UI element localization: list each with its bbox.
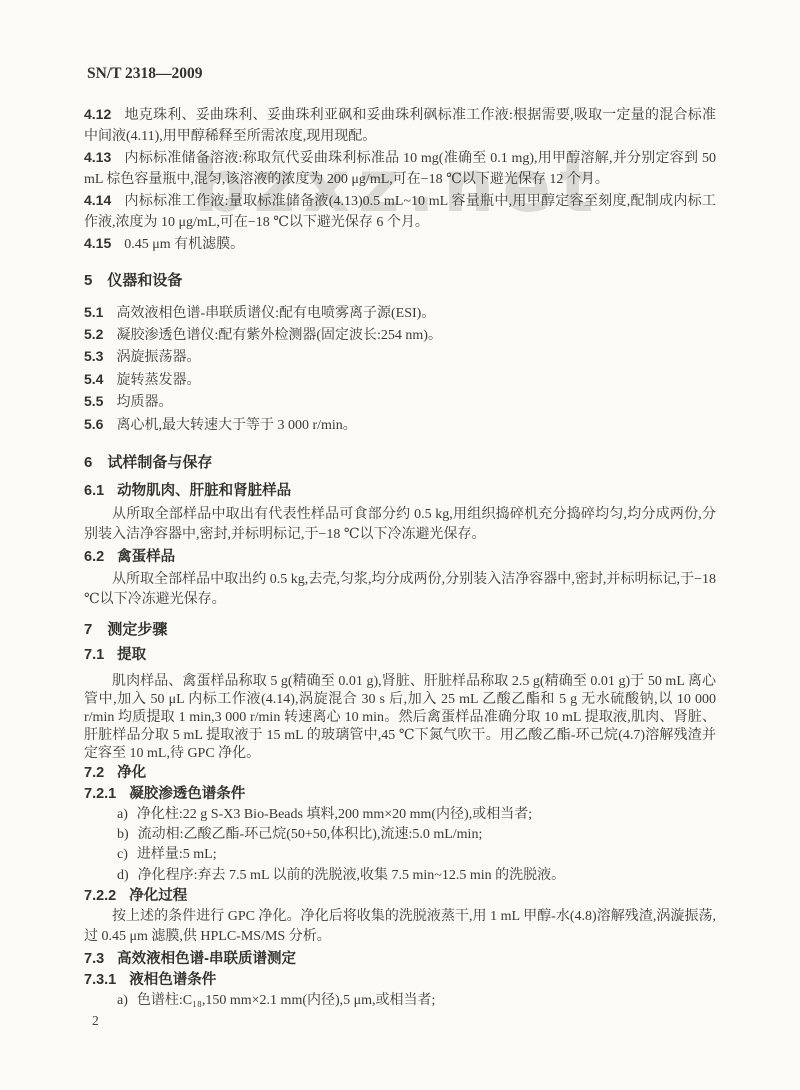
subsection-number: 6.1 xyxy=(84,483,104,499)
clause-text: 0.45 μm 有机滤膜。 xyxy=(124,237,244,252)
list-item-c: c)进样量:5 mL; xyxy=(117,845,716,865)
subsection-title: 净化 xyxy=(117,765,146,781)
page-content: SN/T 2318—2009 4.12地克珠利、妥曲珠利、妥曲珠利亚砜和妥曲珠利… xyxy=(84,0,716,1029)
section-number: 5 xyxy=(84,272,92,289)
scanned-document-page: bzxz.net SN/T 2318—2009 4.12地克珠利、妥曲珠利、妥曲… xyxy=(0,0,800,1090)
paragraph-6-2: 从所取全部样品中取出约 0.5 kg,去壳,匀浆,均分成两份,分别装入洁净容器中… xyxy=(84,570,716,611)
clause-5-5: 5.5均质器。 xyxy=(84,391,716,413)
clause-text: 高效液相色谱-串联质谱仪:配有电喷雾离子源(ESI)。 xyxy=(116,306,435,321)
list-text: 色谱柱:C₁₈,150 mm×2.1 mm(内径),5 μm,或相当者; xyxy=(137,993,436,1008)
subsection-number: 7.3 xyxy=(84,951,104,967)
subsection-heading-7-2: 7.2净化 xyxy=(84,763,716,784)
list-label: a) xyxy=(117,807,128,822)
paragraph-7-2-2: 按上述的条件进行 GPC 净化。净化后将收集的洗脱液蒸干,用 1 mL 甲醇-水… xyxy=(84,907,716,948)
list-text: 净化柱:22 g S-X3 Bio-Beads 填料,200 mm×20 mm(… xyxy=(137,807,532,822)
list-item-a: a)净化柱:22 g S-X3 Bio-Beads 填料,200 mm×20 m… xyxy=(117,805,716,825)
subsubsection-title: 凝胶渗透色谱条件 xyxy=(129,786,245,802)
subsection-number: 7.1 xyxy=(84,647,104,663)
list-label: b) xyxy=(117,827,129,842)
clause-4-15: 4.150.45 μm 有机滤膜。 xyxy=(84,233,716,256)
subsection-number: 6.2 xyxy=(84,549,104,565)
page-number: 2 xyxy=(92,1013,716,1029)
list-item-b: b)流动相:乙酸乙酯-环己烷(50+50,体积比),流速:5.0 mL/min; xyxy=(117,825,716,845)
clause-text: 离心机,最大转速大于等于 3 000 r/min。 xyxy=(116,418,356,433)
subsection-title: 禽蛋样品 xyxy=(117,549,175,565)
standard-number-header: SN/T 2318—2009 xyxy=(87,64,716,84)
clause-number: 4.13 xyxy=(84,149,111,165)
subsubsection-number: 7.2.1 xyxy=(84,786,116,802)
list-item-a2: a)色谱柱:C₁₈,150 mm×2.1 mm(内径),5 μm,或相当者; xyxy=(117,991,716,1011)
clause-number: 4.14 xyxy=(84,192,111,208)
list-label: a) xyxy=(117,993,128,1008)
subsubsection-number: 7.2.2 xyxy=(84,888,116,904)
section-title: 试样制备与保存 xyxy=(107,454,212,471)
clause-5-2: 5.2凝胶渗透色谱仪:配有紫外检测器(固定波长:254 nm)。 xyxy=(84,324,716,346)
section-heading-7: 7测定步骤 xyxy=(84,619,716,641)
clause-number: 5.3 xyxy=(84,348,103,364)
list-item-d: d)净化程序:弃去 7.5 mL 以前的洗脱液,收集 7.5 min~12.5 … xyxy=(117,866,716,886)
clause-number: 5.4 xyxy=(84,371,103,387)
list-text: 进样量:5 mL; xyxy=(137,847,217,862)
subsection-title: 动物肌肉、肝脏和肾脏样品 xyxy=(117,483,291,499)
subsection-heading-7-1: 7.1提取 xyxy=(84,645,716,666)
clause-number: 5.2 xyxy=(84,326,103,342)
clause-5-3: 5.3涡旋振荡器。 xyxy=(84,346,716,368)
clause-text: 均质器。 xyxy=(116,395,172,410)
clause-text: 涡旋振荡器。 xyxy=(116,350,200,365)
paragraph-7-1: 肌肉样品、禽蛋样品称取 5 g(精确至 0.01 g),肾脏、肝脏样品称取 2.… xyxy=(84,673,716,763)
subsubsection-heading-7-2-2: 7.2.2净化过程 xyxy=(84,886,716,907)
subsubsection-title: 净化过程 xyxy=(129,888,187,904)
paragraph-6-1: 从所取全部样品中取出有代表性样品可食部分约 0.5 kg,用组织捣碎机充分捣碎均… xyxy=(84,505,716,546)
clause-5-6: 5.6离心机,最大转速大于等于 3 000 r/min。 xyxy=(84,414,716,436)
clause-text: 地克珠利、妥曲珠利、妥曲珠利亚砜和妥曲珠利砜标准工作液:根据需要,吸取一定量的混… xyxy=(84,108,716,144)
clause-text: 凝胶渗透色谱仪:配有紫外检测器(固定波长:254 nm)。 xyxy=(116,328,442,343)
clause-4-14: 4.14内标标准工作液:量取标准储备液(4.13)0.5 mL~10 mL 容量… xyxy=(84,190,716,233)
subsection-title: 高效液相色谱-串联质谱测定 xyxy=(117,951,296,967)
subsection-heading-7-3: 7.3高效液相色谱-串联质谱测定 xyxy=(84,949,716,970)
clause-number: 4.12 xyxy=(84,106,111,122)
subsection-heading-6-2: 6.2禽蛋样品 xyxy=(84,547,716,568)
subsubsection-number: 7.3.1 xyxy=(84,972,116,988)
list-label: c) xyxy=(117,847,128,862)
subsection-title: 提取 xyxy=(117,647,146,663)
list-text: 净化程序:弃去 7.5 mL 以前的洗脱液,收集 7.5 min~12.5 mi… xyxy=(138,868,565,883)
list-label: d) xyxy=(117,868,129,883)
section-heading-6: 6试样制备与保存 xyxy=(84,452,716,474)
clause-number: 5.6 xyxy=(84,416,103,432)
clause-text: 旋转蒸发器。 xyxy=(116,373,200,388)
clause-4-12: 4.12地克珠利、妥曲珠利、妥曲珠利亚砜和妥曲珠利砜标准工作液:根据需要,吸取一… xyxy=(84,104,716,147)
subsubsection-title: 液相色谱条件 xyxy=(129,972,216,988)
clause-5-4: 5.4旋转蒸发器。 xyxy=(84,369,716,391)
clause-5-1: 5.1高效液相色谱-串联质谱仪:配有电喷雾离子源(ESI)。 xyxy=(84,302,716,324)
clause-number: 4.15 xyxy=(84,235,111,251)
clause-text: 内标标准储备溶液:称取氘代妥曲珠利标准品 10 mg(准确至 0.1 mg),用… xyxy=(84,151,716,187)
subsection-number: 7.2 xyxy=(84,765,104,781)
clause-text: 内标标准工作液:量取标准储备液(4.13)0.5 mL~10 mL 容量瓶中,用… xyxy=(84,194,716,230)
subsection-heading-6-1: 6.1动物肌肉、肝脏和肾脏样品 xyxy=(84,481,716,502)
section-heading-5: 5仪器和设备 xyxy=(84,270,716,292)
clause-number: 5.1 xyxy=(84,304,103,320)
section-number: 7 xyxy=(84,621,92,638)
subsubsection-heading-7-2-1: 7.2.1凝胶渗透色谱条件 xyxy=(84,784,716,805)
subsubsection-heading-7-3-1: 7.3.1液相色谱条件 xyxy=(84,970,716,991)
clause-number: 5.5 xyxy=(84,393,103,409)
list-text: 流动相:乙酸乙酯-环己烷(50+50,体积比),流速:5.0 mL/min; xyxy=(138,827,483,842)
section-number: 6 xyxy=(84,454,92,471)
section-title: 仪器和设备 xyxy=(107,272,182,289)
clause-4-13: 4.13内标标准储备溶液:称取氘代妥曲珠利标准品 10 mg(准确至 0.1 m… xyxy=(84,147,716,190)
section-title: 测定步骤 xyxy=(107,621,167,638)
